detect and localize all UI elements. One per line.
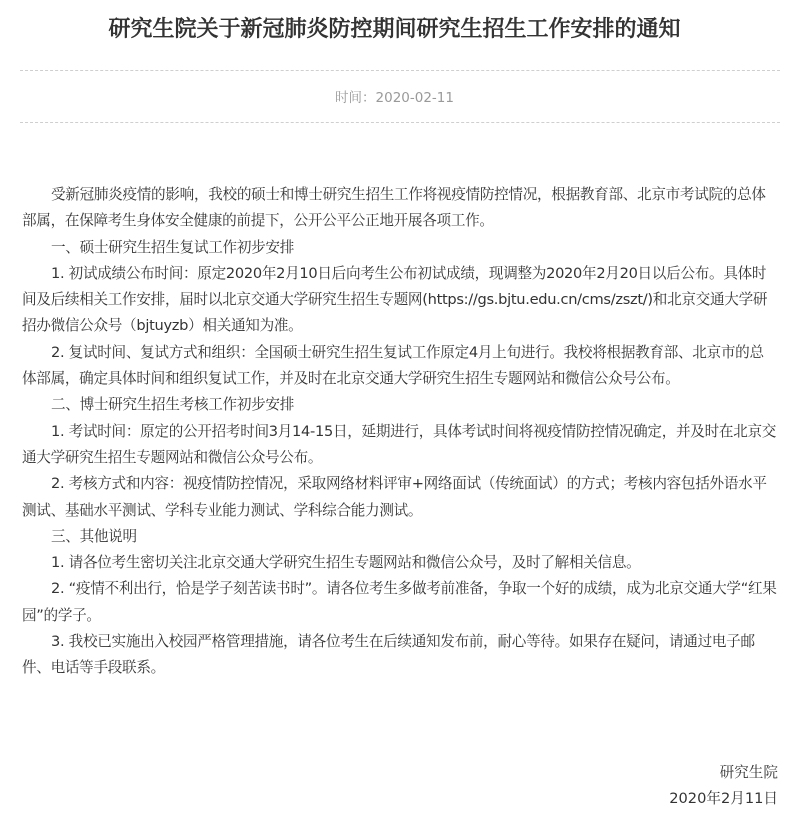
publish-time-label: 时间： [335, 90, 376, 106]
section-heading-other: 三、其他说明 [22, 524, 777, 550]
article-body: 受新冠肺炎疫情的影响，我校的硕士和博士研究生招生工作将视疫情防控情况，根据教育部… [22, 182, 777, 682]
intro-paragraph: 受新冠肺炎疫情的影响，我校的硕士和博士研究生招生工作将视疫情防控情况，根据教育部… [22, 182, 777, 235]
other-item-1: 1. 请各位考生密切关注北京交通大学研究生招生专题网站和微信公众号，及时了解相关… [22, 550, 777, 576]
other-item-3: 3. 我校已实施出入校园严格管理措施，请各位考生在后续通知发布前，耐心等待。如果… [22, 629, 777, 682]
signature-date: 2020年2月11日 [669, 786, 778, 812]
section-heading-masters: 一、硕士研究生招生复试工作初步安排 [22, 235, 777, 261]
signature-block: 研究生院 2020年2月11日 [669, 760, 778, 812]
publish-time-value: 2020-02-11 [376, 90, 454, 106]
title-divider [20, 70, 780, 71]
signature-issuer: 研究生院 [669, 760, 778, 786]
section-heading-doctoral: 二、博士研究生招生考核工作初步安排 [22, 392, 777, 418]
doctoral-item-1: 1. 考试时间：原定的公开招考时间3月14-15日，延期进行，具体考试时间将视疫… [22, 419, 777, 472]
other-item-2: 2. “疫情不利出行，恰是学子刻苦读书时”。请各位考生多做考前准备，争取一个好的… [22, 576, 777, 629]
doctoral-item-2: 2. 考核方式和内容：视疫情防控情况，采取网络材料评审+网络面试（传统面试）的方… [22, 471, 777, 524]
masters-item-2: 2. 复试时间、复试方式和组织：全国硕士研究生招生复试工作原定4月上旬进行。我校… [22, 340, 777, 393]
masters-item-1: 1. 初试成绩公布时间：原定2020年2月10日后向考生公布初试成绩，现调整为2… [22, 261, 777, 340]
page-title: 研究生院关于新冠肺炎防控期间研究生招生工作安排的通知 [0, 14, 789, 46]
meta-divider [20, 122, 780, 123]
publish-time: 时间：2020-02-11 [0, 87, 789, 109]
